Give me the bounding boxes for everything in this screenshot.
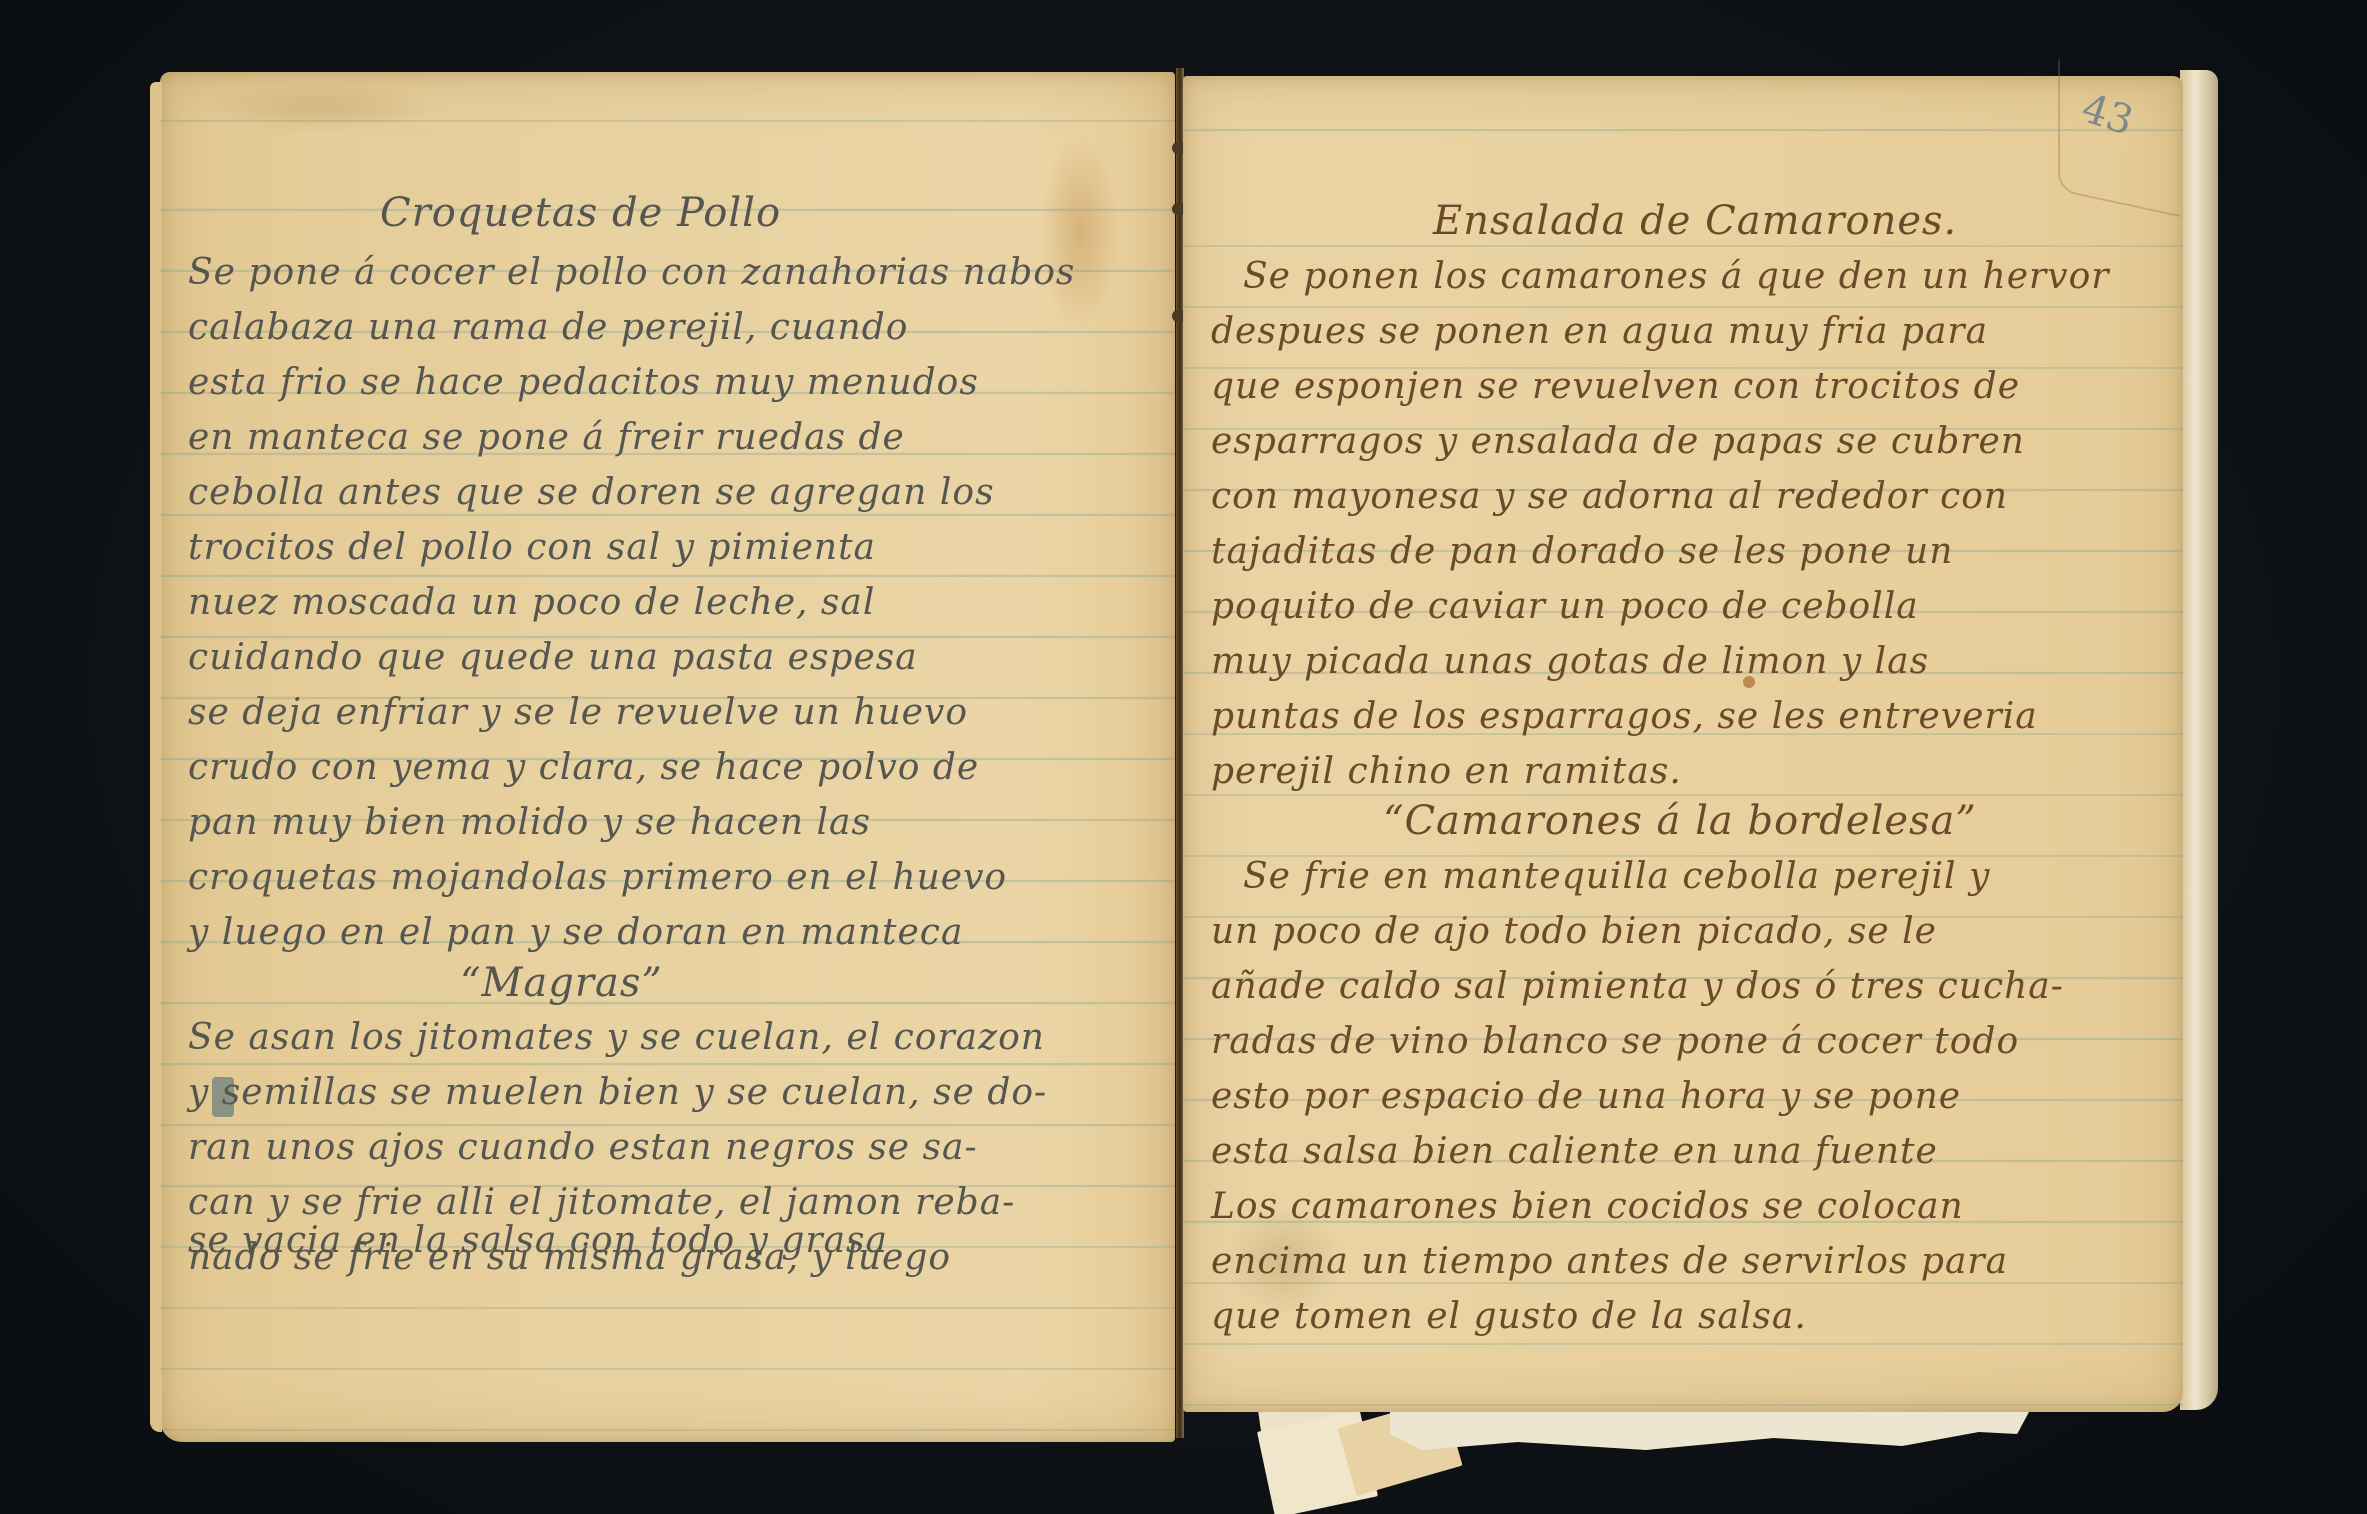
recipe-line: pan muy bien molido y se hacen las	[188, 802, 871, 843]
recipe-line: que esponjen se revuelven con trocitos d…	[1211, 366, 2020, 407]
recipe-line: añade caldo sal pimienta y dos ó tres cu…	[1211, 966, 2064, 1007]
recipe-line: se deja enfriar y se le revuelve un huev…	[188, 692, 968, 733]
recipe-line: esparragos y ensalada de papas se cubren	[1211, 421, 2025, 462]
recipe-title: Croquetas de Pollo	[380, 190, 781, 236]
recipe-line: esta frio se hace pedacitos muy menudos	[188, 362, 979, 403]
recipe-line: nuez moscada un poco de leche, sal	[188, 582, 875, 623]
recipe-line: en manteca se pone á freir ruedas de	[188, 417, 905, 458]
recipe-line: Se pone á cocer el pollo con zanahorias …	[188, 252, 1075, 293]
stacked-page-edges	[2180, 70, 2218, 1410]
recipe-line: se vacia en la salsa con todo y grasa	[188, 1220, 888, 1261]
recipe-line: encima un tiempo antes de servirlos para	[1211, 1241, 2008, 1282]
recipe-line: esto por espacio de una hora y se pone	[1211, 1076, 1961, 1117]
recipe-title: Ensalada de Camarones.	[1433, 198, 1957, 244]
recipe-title: “Magras”	[460, 960, 663, 1006]
recipe-line: poquito de caviar un poco de cebolla	[1211, 586, 1919, 627]
recipe-line: con mayonesa y se adorna al rededor con	[1211, 476, 2008, 517]
recipe-line: y semillas se muelen bien y se cuelan, s…	[188, 1072, 1047, 1113]
recipe-line: Se asan los jitomates y se cuelan, el co…	[188, 1017, 1045, 1058]
recipe-line: calabaza una rama de perejil, cuando	[188, 307, 908, 348]
recipe-line: muy picada unas gotas de limon y las	[1211, 641, 1929, 682]
recipe-line: Los camarones bien cocidos se colocan	[1211, 1186, 1964, 1227]
water-stain	[200, 82, 440, 132]
recipe-line: crudo con yema y clara, se hace polvo de	[188, 747, 979, 788]
recipe-line: tajaditas de pan dorado se les pone un	[1211, 531, 1953, 572]
recipe-line: trocitos del pollo con sal y pimienta	[188, 527, 876, 568]
recipe-line: esta salsa bien caliente en una fuente	[1211, 1131, 1938, 1172]
recipe-line: radas de vino blanco se pone á cocer tod…	[1211, 1021, 2019, 1062]
recipe-line: ran unos ajos cuando estan negros se sa-	[188, 1127, 978, 1168]
recipe-line: cuidando que quede una pasta espesa	[188, 637, 918, 678]
recipe-line: que tomen el gusto de la salsa.	[1211, 1296, 1807, 1337]
water-stain	[1040, 132, 1120, 332]
recipe-line: y luego en el pan y se doran en manteca	[188, 912, 963, 953]
recipe-line: cebolla antes que se doren se agregan lo…	[188, 472, 995, 513]
left-page: Croquetas de Pollo Se pone á cocer el po…	[160, 72, 1175, 1442]
recipe-title: “Camarones á la bordelesa”	[1383, 798, 1977, 844]
recipe-line: Se ponen los camarones á que den un herv…	[1243, 256, 2109, 297]
torn-page-edge	[1390, 1410, 2030, 1450]
recipe-line: croquetas mojandolas primero en el huevo	[188, 857, 1007, 898]
recipe-line: un poco de ajo todo bien picado, se le	[1211, 911, 1937, 952]
recipe-line: puntas de los esparragos, se les entreve…	[1211, 696, 2038, 737]
recipe-line: despues se ponen en agua muy fria para	[1211, 311, 1988, 352]
recipe-line: Se frie en mantequilla cebolla perejil y	[1243, 856, 1990, 897]
recipe-line: perejil chino en ramitas.	[1211, 751, 1682, 792]
right-page: Ensalada de Camarones. Se ponen los cama…	[1183, 76, 2183, 1412]
recipe-line: can y se frie alli el jitomate, el jamon…	[188, 1182, 1015, 1223]
